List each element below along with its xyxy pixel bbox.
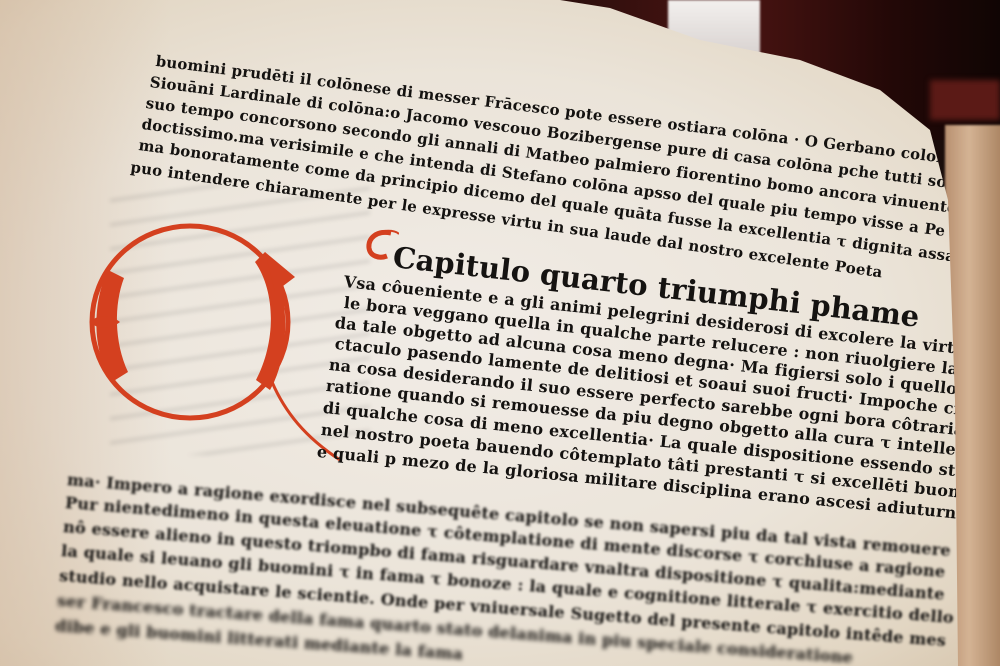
book-page: buomini prudēti il colōnese di messer Fr…	[0, 0, 1000, 666]
background-red-object	[930, 80, 1000, 120]
red-drop-cap-q-icon	[80, 222, 350, 462]
